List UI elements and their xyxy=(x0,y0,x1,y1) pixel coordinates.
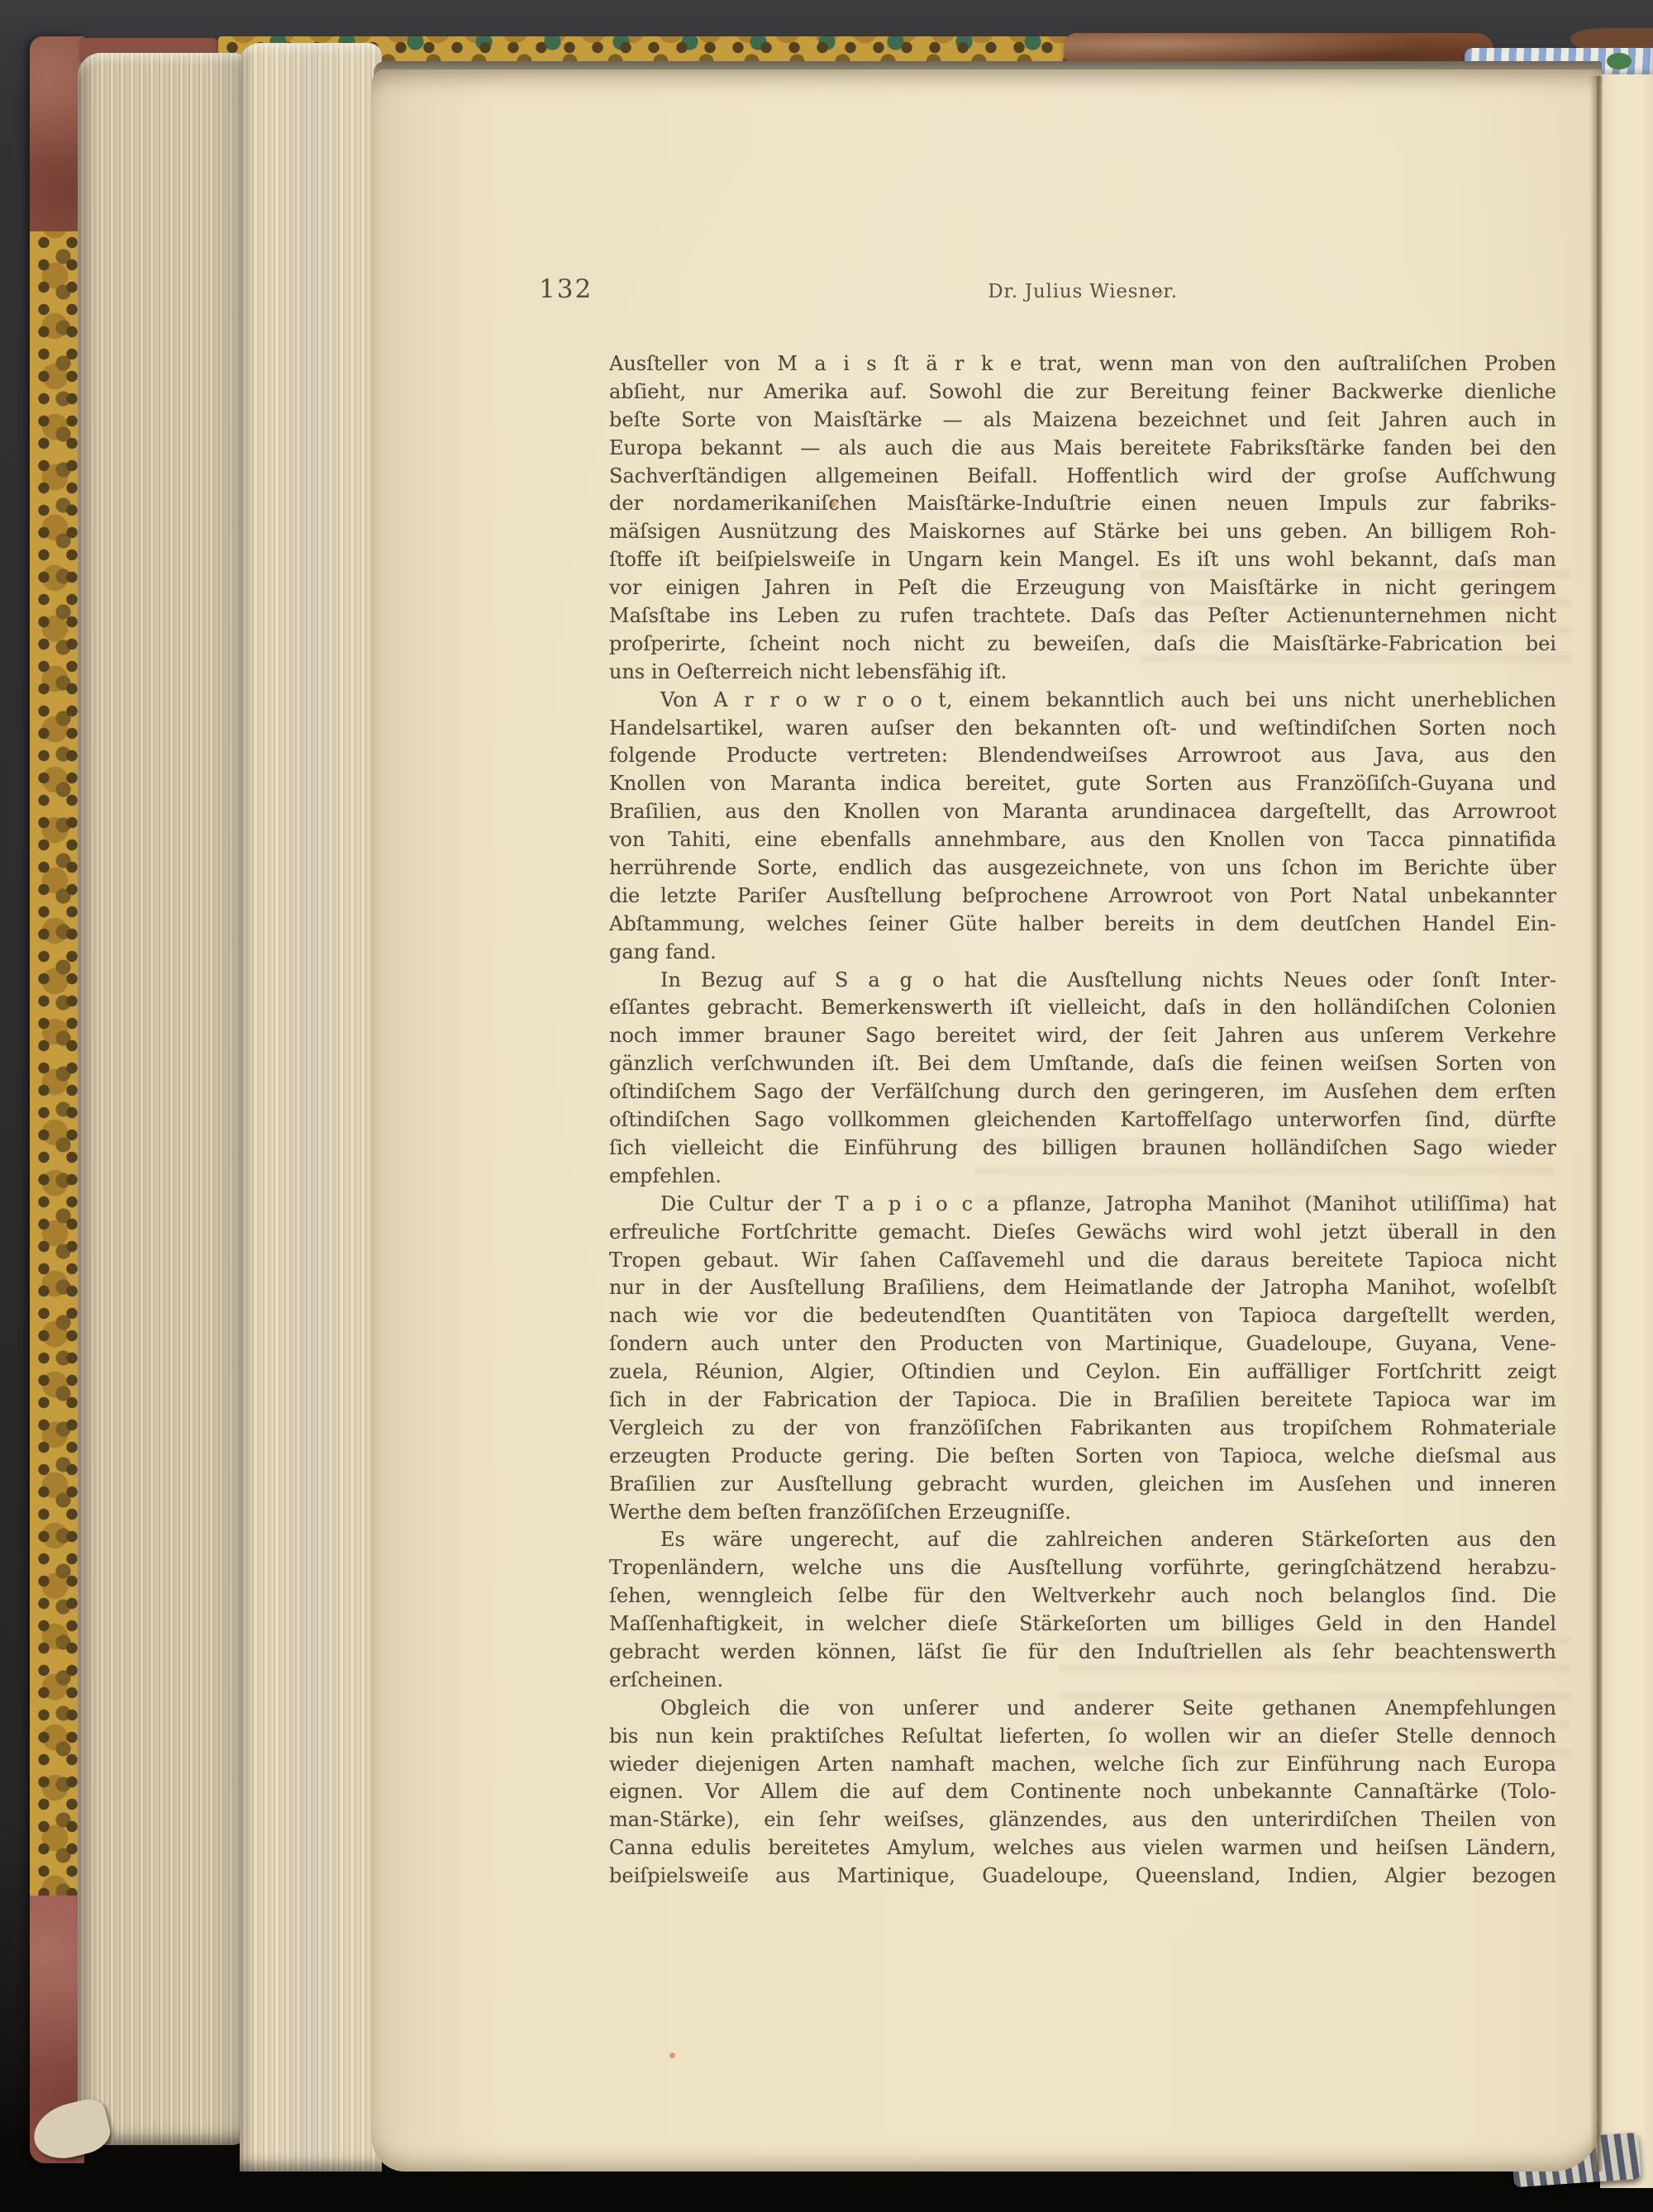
text-line: Europa bekannt — als auch die aus Mais b… xyxy=(609,435,1556,463)
text-line: oſtindiſchem Sago der Verfälſchung durch… xyxy=(609,1078,1556,1106)
text-line: gänzlich verſchwunden iſt. Bei dem Umſta… xyxy=(609,1050,1556,1078)
text-line: Von A r r o w r o o t, einem bekanntlich… xyxy=(609,687,1556,715)
text-line: wieder diejenigen Arten namhaft machen, … xyxy=(609,1751,1556,1779)
book-cover-edge xyxy=(30,36,84,2163)
text-line: Es wäre ungerecht, auf die zahlreichen a… xyxy=(609,1526,1556,1554)
text-line: beiſpielsweiſe aus Martinique, Guadeloup… xyxy=(609,1862,1556,1891)
text-line: bis nun kein praktiſches Reſultat liefer… xyxy=(609,1723,1556,1751)
text-line: gebracht werden können, läſst ſie für de… xyxy=(609,1639,1556,1667)
text-line: folgende Producte vertreten: Blendendwei… xyxy=(609,742,1556,770)
text-line: man-Stärke), ein ſehr weiſses, glänzende… xyxy=(609,1806,1556,1834)
book-photo: 132 Dr. Julius Wiesner. Ausſteller von M… xyxy=(0,0,1653,2212)
cover-marbled-paper xyxy=(30,231,84,1896)
text-line: beſte Sorte von Maisſtärke — als Maizena… xyxy=(609,407,1556,435)
text-line: zuela, Réunion, Algier, Oſtindien und Ce… xyxy=(609,1358,1556,1387)
text-line: uns in Oeſterreich nicht lebensfähig iſt… xyxy=(609,659,1556,687)
text-line: erfreuliche Fortſchritte gemacht. Dieſes… xyxy=(609,1219,1556,1247)
text-line: Maſsſtabe ins Leben zu rufen trachtete. … xyxy=(609,602,1556,630)
text-line: Werthe dem beſten franzöſiſchen Erzeugni… xyxy=(609,1499,1556,1527)
text-line: Knollen von Maranta indica bereitet, gut… xyxy=(609,770,1556,798)
body-text: Ausſteller von M a i s ſt ä r k e trat, … xyxy=(609,350,1556,1891)
text-line: der nordamerikaniſchen Maisſtärke-Induſt… xyxy=(609,490,1556,518)
text-line: Tropen gebaut. Wir ſahen Caſſavemehl und… xyxy=(609,1247,1556,1275)
text-line: Ausſteller von M a i s ſt ä r k e trat, … xyxy=(609,350,1556,378)
text-line: Maſſenhaftigkeit, in welcher dieſe Stärk… xyxy=(609,1610,1556,1639)
text-line: Obgleich die von unſerer und anderer Sei… xyxy=(609,1695,1556,1723)
text-line: erzeugten Producte gering. Die beſten So… xyxy=(609,1443,1556,1471)
page-stack-outer xyxy=(78,53,245,2145)
text-line: vor einigen Jahren in Peſt die Erzeugung… xyxy=(609,574,1556,602)
text-line: nach wie vor die bedeutendſten Quantität… xyxy=(609,1302,1556,1330)
text-line: gang fand. xyxy=(609,939,1556,967)
text-line: eignen. Vor Allem die auf dem Continente… xyxy=(609,1778,1556,1806)
text-line: proſperirte, ſcheint noch nicht zu bewei… xyxy=(609,630,1556,659)
text-line: ſich vielleicht die Einführung des billi… xyxy=(609,1135,1556,1163)
headband-green-fleck xyxy=(1607,53,1632,69)
text-line: mäſsigen Ausnützung des Maiskornes auf S… xyxy=(609,518,1556,546)
text-line: Braſilien zur Ausſtellung gebracht wurde… xyxy=(609,1471,1556,1499)
text-line: oſtindiſchen Sago vollkommen gleichenden… xyxy=(609,1106,1556,1135)
foxing-speck xyxy=(669,2053,675,2058)
page-number: 132 xyxy=(539,274,593,304)
text-line: Canna edulis bereitetes Amylum, welches … xyxy=(609,1834,1556,1862)
cover-leather-top xyxy=(30,36,84,231)
text-line: ſondern auch unter den Producten von Mar… xyxy=(609,1330,1556,1358)
facing-page-edge xyxy=(1600,74,1653,2188)
text-line: Die Cultur der T a p i o c a pflanze, Ja… xyxy=(609,1191,1556,1219)
text-line: eſſantes gebracht. Bemerkenswerth iſt vi… xyxy=(609,994,1556,1022)
text-line: nur in der Ausſtellung Braſiliens, dem H… xyxy=(609,1274,1556,1302)
text-line: In Bezug auf S a g o hat die Ausſtellung… xyxy=(609,967,1556,995)
text-line: Handelsartikel, waren auſser den bekannt… xyxy=(609,715,1556,743)
text-line: von Tahiti, eine ebenfalls annehmbare, a… xyxy=(609,826,1556,854)
text-line: die letzte Pariſer Ausſtellung beſproche… xyxy=(609,882,1556,911)
text-line: noch immer brauner Sago bereitet wird, d… xyxy=(609,1022,1556,1050)
text-line: ſehen, wenngleich ſelbe für den Weltverk… xyxy=(609,1582,1556,1610)
text-line: Abſtammung, welches ſeiner Güte halber b… xyxy=(609,911,1556,939)
text-line: abſieht, nur Amerika auf. Sowohl die zur… xyxy=(609,378,1556,407)
text-line: Braſilien, aus den Knollen von Maranta a… xyxy=(609,798,1556,826)
text-line: Sachverſtändigen allgemeinen Beifall. Ho… xyxy=(609,463,1556,491)
running-header: Dr. Julius Wiesner. xyxy=(609,281,1556,302)
text-line: ſtoffe iſt beiſpielsweiſe in Ungarn kein… xyxy=(609,546,1556,574)
text-line: empfehlen. xyxy=(609,1163,1556,1191)
text-line: herrührende Sorte, endlich das ausgezeic… xyxy=(609,854,1556,882)
text-line: Tropenländern, welche uns die Ausſtellun… xyxy=(609,1554,1556,1582)
text-line: Vergleich zu der von franzöſiſchen Fabri… xyxy=(609,1415,1556,1443)
text-line: erſcheinen. xyxy=(609,1667,1556,1695)
gutter-shadow xyxy=(1590,76,1603,2172)
text-line: ſich in der Fabrication der Tapioca. Die… xyxy=(609,1387,1556,1415)
page-stack-inner xyxy=(240,43,382,2172)
